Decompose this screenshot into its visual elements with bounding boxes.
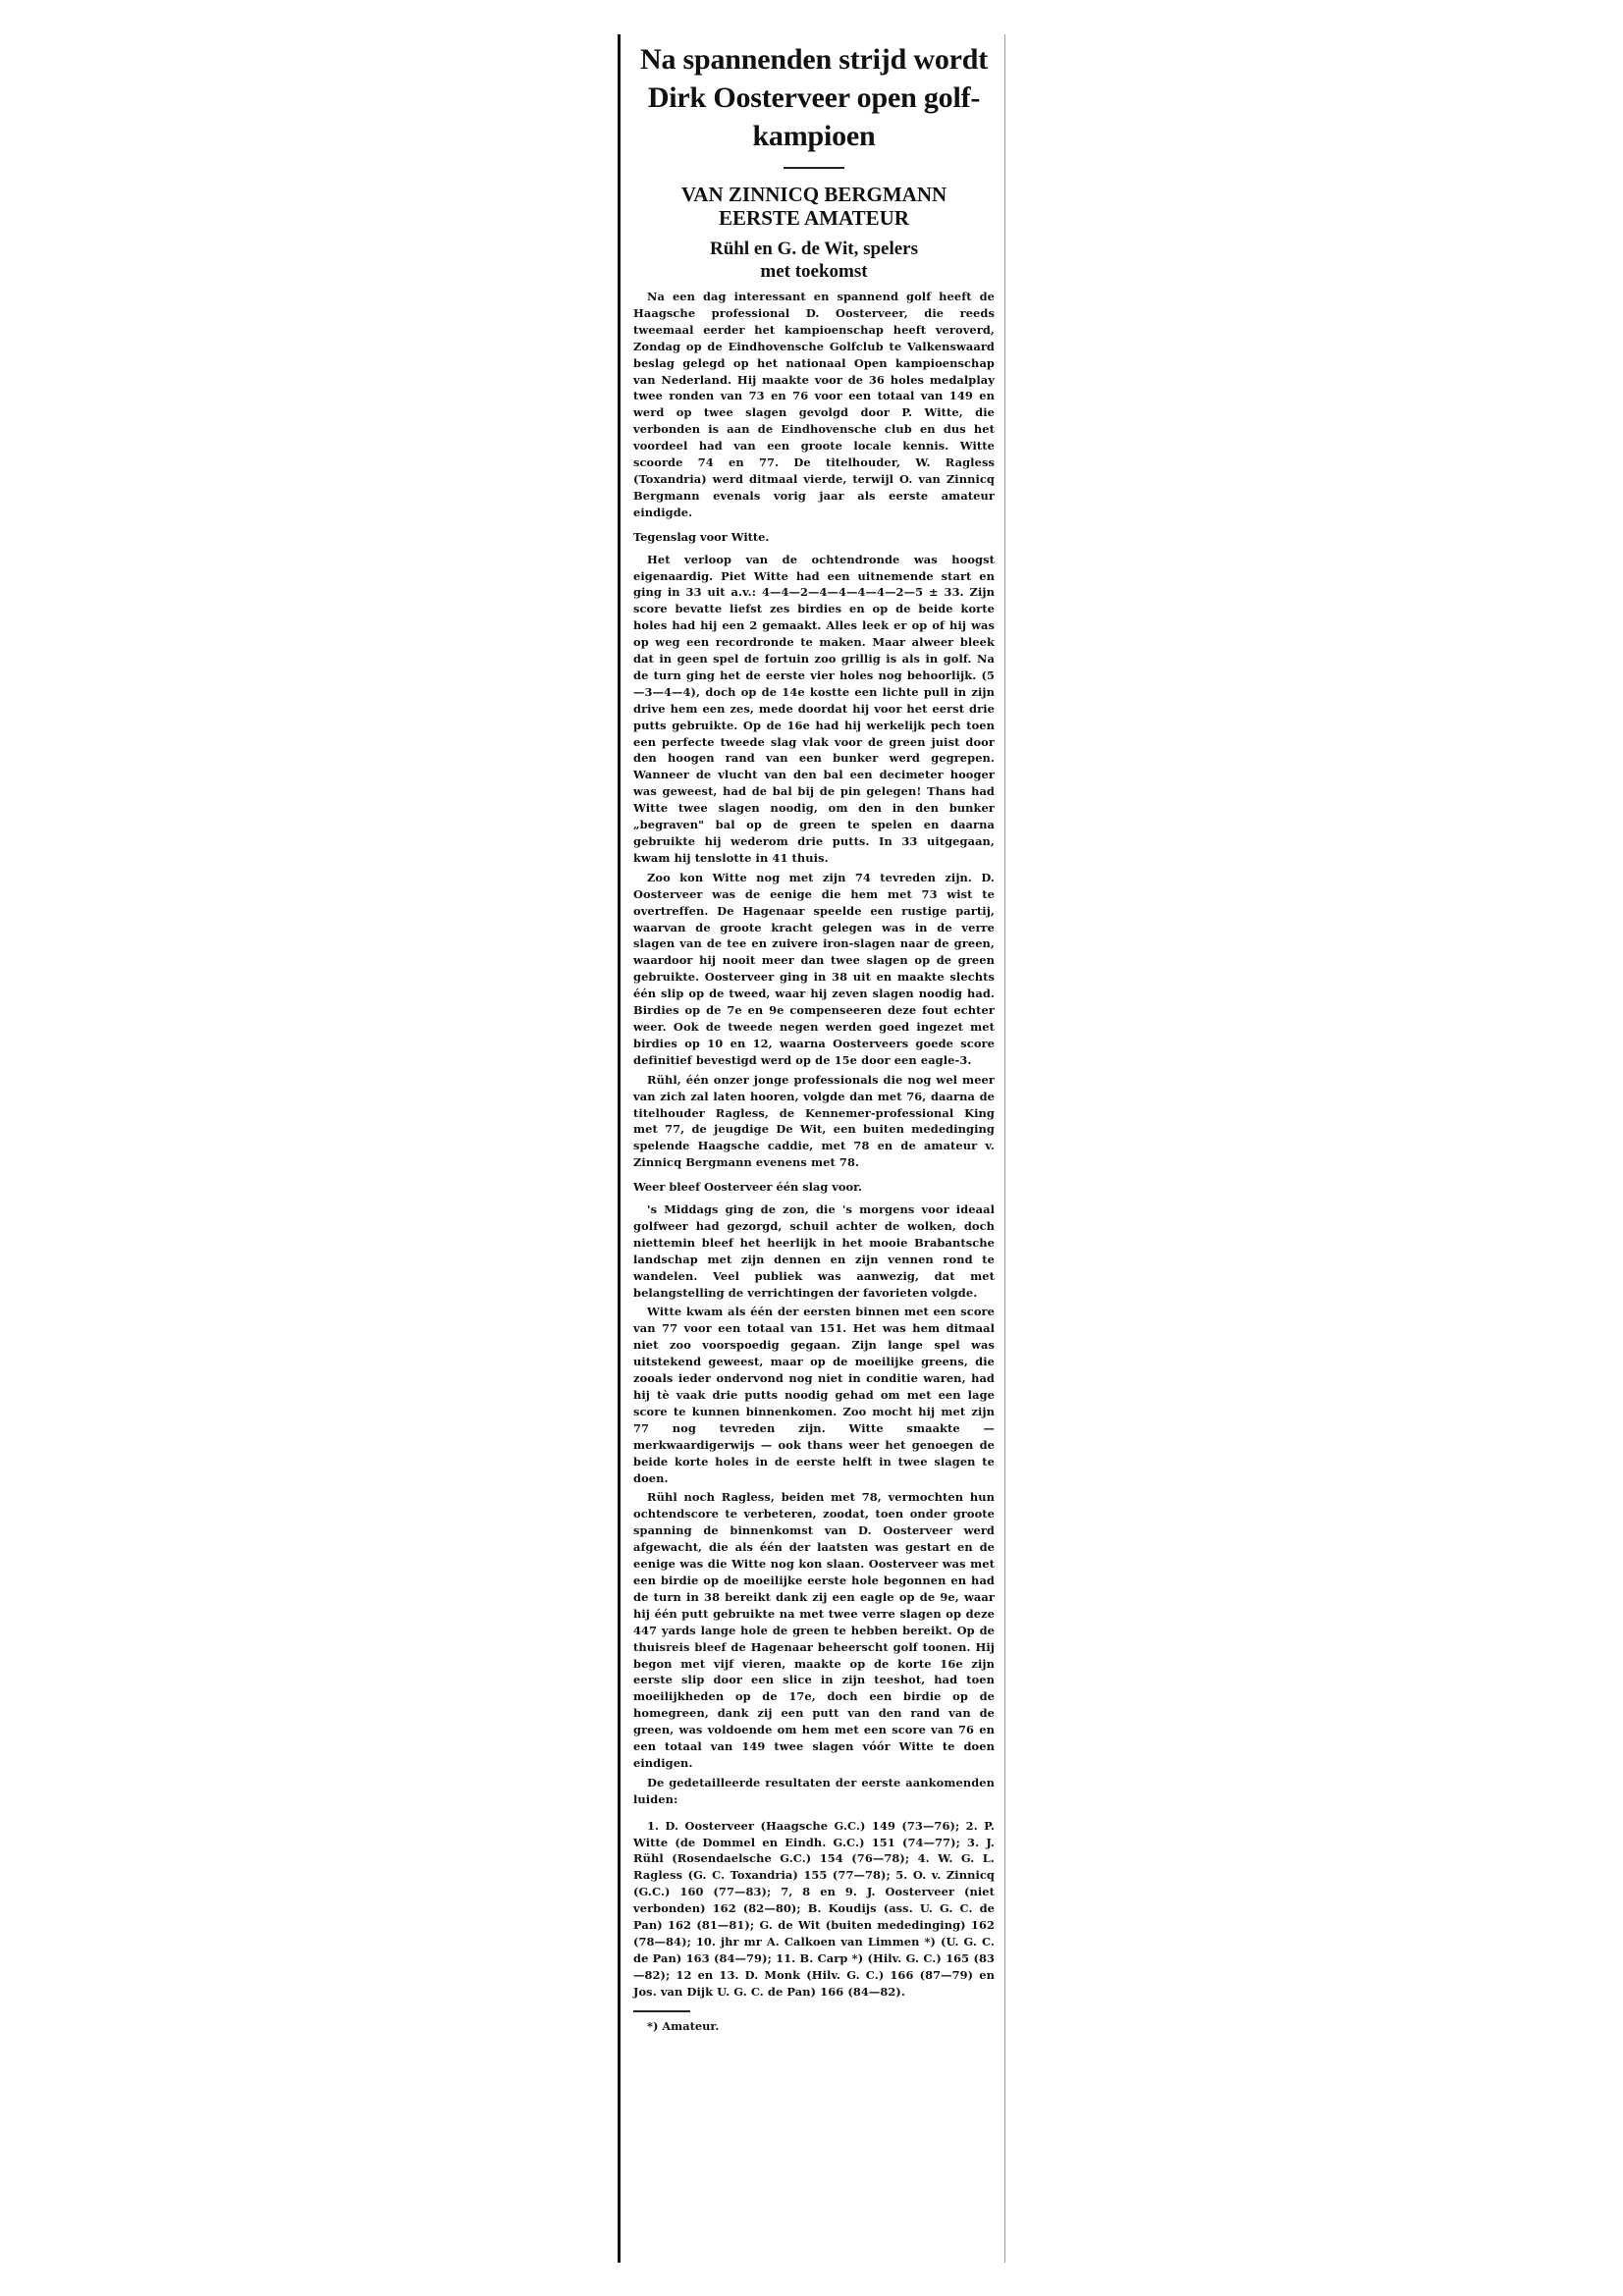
paragraph: 's Middags ging de zon, die 's morgens v…	[633, 1201, 995, 1301]
paragraph: Witte kwam als één der eersten binnen me…	[633, 1304, 995, 1486]
headline: Na spannenden strijd wordt Dirk Oosterve…	[633, 40, 995, 155]
paragraph: De gedetailleerde resultaten der eerste …	[633, 1775, 995, 1808]
footnote-divider	[633, 2010, 690, 2012]
newspaper-article-column: Na spannenden strijd wordt Dirk Oosterve…	[618, 34, 1005, 2263]
headline-line: Dirk Oosterveer open golf-	[633, 79, 995, 117]
section-heading-weer-bleef: Weer bleef Oosterveer één slag voor.	[633, 1179, 995, 1196]
subheadline-line: EERSTE AMATEUR	[633, 206, 995, 230]
subheadline-primary: VAN ZINNICQ BERGMANN EERSTE AMATEUR	[633, 183, 995, 230]
headline-divider	[784, 167, 844, 169]
subheadline-secondary: Rühl en G. de Wit, spelers met toekomst	[633, 238, 995, 283]
footnote: *) Amateur.	[633, 2018, 995, 2034]
headline-line: kampioen	[633, 117, 995, 155]
section-heading-tegenslag: Tegenslag voor Witte.	[633, 529, 995, 546]
paragraph: Het verloop van de ochtendronde was hoog…	[633, 552, 995, 867]
paragraph: Rühl noch Ragless, beiden met 78, vermoc…	[633, 1489, 995, 1771]
results-list: 1. D. Oosterveer (Haagsche G.C.) 149 (73…	[633, 1818, 995, 2001]
paragraph-intro: Na een dag interessant en spannend golf …	[633, 289, 995, 521]
headline-line: Na spannenden strijd wordt	[633, 40, 995, 79]
subheadline-line: VAN ZINNICQ BERGMANN	[633, 183, 995, 206]
subheadline-line: Rühl en G. de Wit, spelers	[633, 238, 995, 260]
paragraph: Zoo kon Witte nog met zijn 74 tevreden z…	[633, 870, 995, 1069]
subheadline-line: met toekomst	[633, 260, 995, 283]
article-body: Na een dag interessant en spannend golf …	[633, 289, 995, 2034]
paragraph: Rühl, één onzer jonge professionals die …	[633, 1072, 995, 1171]
